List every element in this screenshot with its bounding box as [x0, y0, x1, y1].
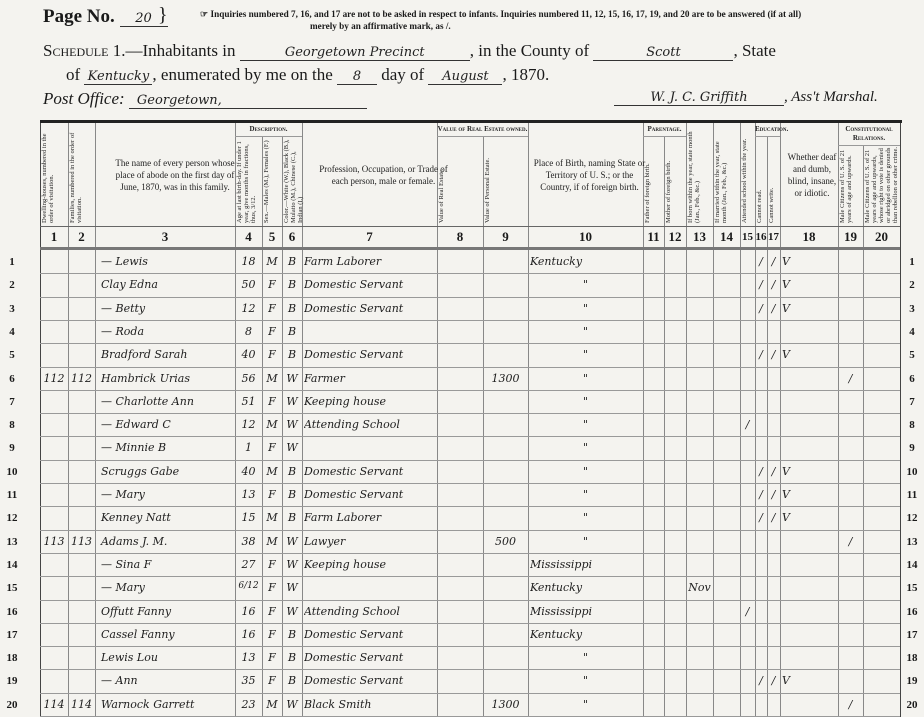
person-name: Scruggs Gabe: [97, 465, 237, 478]
dwelling-number: 113: [42, 535, 66, 548]
column-number: 15: [740, 228, 755, 246]
occupation: Domestic Servant: [304, 302, 435, 315]
line-number-left: 5: [2, 349, 22, 361]
line-number-right: 19: [902, 675, 922, 687]
male-citizen-mark: /: [840, 535, 861, 548]
line-number-left: 8: [2, 419, 22, 431]
person-name: — Minnie B: [97, 441, 237, 454]
column-number: 6: [282, 228, 302, 246]
cannot-read-mark: /: [757, 465, 765, 478]
birthplace: ": [530, 674, 641, 687]
occupation: Domestic Servant: [304, 488, 435, 501]
color: B: [284, 511, 300, 524]
birthplace: ": [530, 372, 641, 385]
sex: F: [264, 395, 280, 408]
personal-estate-value: 1300: [485, 698, 526, 711]
column-header-c3: The name of every person whose place of …: [96, 126, 254, 223]
age: 40: [237, 348, 260, 361]
row-rule: [40, 553, 900, 554]
person-name: — Ann: [97, 674, 237, 687]
color: W: [284, 441, 300, 454]
row-rule: [40, 390, 900, 391]
line-number-right: 20: [902, 699, 922, 711]
state-field: Kentucky: [84, 69, 152, 85]
cannot-write-mark: /: [769, 465, 778, 478]
column-header-c15: Attended school within the year.: [741, 126, 754, 223]
occupation: Domestic Servant: [304, 348, 435, 361]
occupation: Black Smith: [304, 698, 435, 711]
dwelling-number: 112: [42, 372, 66, 385]
line-number-right: 18: [902, 652, 922, 664]
cannot-write-mark: /: [769, 488, 778, 501]
group-header-real_estate: Value of Real Estate owned.: [437, 125, 528, 137]
cannot-write-mark: /: [769, 511, 778, 524]
occupation: Domestic Servant: [304, 278, 435, 291]
row-rule: [40, 669, 900, 670]
cannot-write-mark: /: [769, 278, 778, 291]
age: 35: [237, 674, 260, 687]
line-number-right: 6: [902, 373, 922, 385]
color: B: [284, 302, 300, 315]
cannot-write-mark: /: [769, 348, 778, 361]
sex: M: [264, 418, 280, 431]
color: W: [284, 535, 300, 548]
header-rule: [40, 226, 900, 227]
person-name: — Sina F: [97, 558, 237, 571]
line-number-right: 3: [902, 303, 922, 315]
sex: F: [264, 674, 280, 687]
occupation: Domestic Servant: [304, 651, 435, 664]
color: W: [284, 372, 300, 385]
column-number: 13: [686, 228, 713, 246]
column-header-c4: Age at last birth-day. If under 1 year, …: [236, 138, 261, 223]
family-number: 114: [70, 698, 93, 711]
column-header-c12: Mother of foreign birth.: [665, 138, 685, 223]
birthplace: ": [530, 441, 641, 454]
line-number-left: 17: [2, 629, 22, 641]
row-rule: [40, 600, 900, 601]
line-number-left: 14: [2, 559, 22, 571]
precinct-field: Georgetown Precinct: [240, 45, 470, 61]
age: 6/12: [237, 581, 260, 591]
cannot-read-mark: /: [757, 511, 765, 524]
birthplace: ": [530, 651, 641, 664]
age: 51: [237, 395, 260, 408]
sex: F: [264, 348, 280, 361]
occupation: Attending School: [304, 418, 435, 431]
occupation: Farmer: [304, 372, 435, 385]
sex: M: [264, 511, 280, 524]
table-top-rule: [40, 120, 902, 123]
person-name: — Edward C: [97, 418, 237, 431]
column-number: 14: [713, 228, 740, 246]
line-number-left: 2: [2, 279, 22, 291]
sex: F: [264, 581, 280, 594]
column-number: 8: [437, 228, 483, 246]
line-number-left: 20: [2, 699, 22, 711]
sex: M: [264, 465, 280, 478]
line-number-right: 7: [902, 396, 922, 408]
post-office-field: Georgetown,: [129, 93, 367, 109]
line-number-right: 9: [902, 442, 922, 454]
sex: F: [264, 651, 280, 664]
age: 16: [237, 628, 260, 641]
group-header-description: Description.: [235, 125, 302, 135]
personal-estate-value: 1300: [485, 372, 526, 385]
birthplace: Mississippi: [530, 605, 641, 618]
row-rule: [40, 436, 900, 437]
age: 15: [237, 511, 260, 524]
cannot-write-mark: /: [769, 255, 778, 268]
deaf-blind-mark: V: [782, 278, 836, 291]
column-number: 5: [262, 228, 282, 246]
occupation: Farm Laborer: [304, 511, 435, 524]
deaf-blind-mark: V: [782, 511, 836, 524]
person-name: Clay Edna: [97, 278, 237, 291]
person-name: Cassel Fanny: [97, 628, 237, 641]
male-citizen-mark: /: [840, 698, 861, 711]
person-name: Offutt Fanny: [97, 605, 237, 618]
deaf-blind-mark: V: [782, 488, 836, 501]
schedule-line: Schedule 1.—Inhabitants in Georgetown Pr…: [43, 41, 776, 61]
color: W: [284, 581, 300, 594]
column-header-c13: If born within the year, state month (Ja…: [687, 126, 712, 223]
brace-glyph: }: [158, 4, 168, 27]
column-number: 4: [235, 228, 262, 246]
column-header-c16: Cannot read.: [756, 138, 766, 223]
line-number-left: 7: [2, 396, 22, 408]
color: B: [284, 651, 300, 664]
line-number-right: 15: [902, 582, 922, 594]
occupation: Lawyer: [304, 535, 435, 548]
column-number: 17: [767, 228, 780, 246]
line-number-left: 16: [2, 606, 22, 618]
age: 27: [237, 558, 260, 571]
sex: F: [264, 605, 280, 618]
person-name: — Betty: [97, 302, 237, 315]
column-header-c17: Cannot write.: [768, 138, 779, 223]
column-header-c5: Sex.—Males (M.), Females (F.): [263, 138, 281, 223]
birthplace: ": [530, 348, 641, 361]
column-header-c9: Value of Personal Estate.: [484, 138, 527, 223]
line-number-right: 4: [902, 326, 922, 338]
column-number: 2: [68, 228, 95, 246]
sex: F: [264, 488, 280, 501]
line-number-left: 13: [2, 536, 22, 548]
occupation: Attending School: [304, 605, 435, 618]
cannot-read-mark: /: [757, 278, 765, 291]
line-number-right: 12: [902, 512, 922, 524]
line-number-left: 1: [2, 256, 22, 268]
age: 1: [237, 441, 260, 454]
line-number-left: 19: [2, 675, 22, 687]
color: W: [284, 418, 300, 431]
constitutional-group-rule: [838, 145, 900, 146]
person-name: — Roda: [97, 325, 237, 338]
cannot-read-mark: /: [757, 674, 765, 687]
birthplace: ": [530, 278, 641, 291]
color: B: [284, 674, 300, 687]
column-number: 18: [780, 228, 838, 246]
person-name: — Lewis: [97, 255, 237, 268]
attended-school-mark: /: [742, 605, 753, 618]
line-number-right: 1: [902, 256, 922, 268]
line-number-left: 18: [2, 652, 22, 664]
attended-school-mark: /: [742, 418, 753, 431]
age: 40: [237, 465, 260, 478]
line-number-left: 10: [2, 466, 22, 478]
person-name: — Mary: [97, 488, 237, 501]
row-rule: [40, 693, 900, 694]
group-header-parentage: Parentage.: [643, 125, 686, 135]
birthplace: ": [530, 698, 641, 711]
deaf-blind-mark: V: [782, 465, 836, 478]
dwelling-number: 114: [42, 698, 66, 711]
row-rule: [40, 297, 900, 298]
birthplace: Kentucky: [530, 255, 641, 268]
line-number-right: 11: [902, 489, 922, 501]
column-rule: [900, 123, 901, 717]
column-number: 16: [755, 228, 767, 246]
line-number-right: 2: [902, 279, 922, 291]
color: B: [284, 465, 300, 478]
column-number: 1: [40, 228, 68, 246]
sex: M: [264, 372, 280, 385]
enumeration-line: of Kentucky, enumerated by me on the 8 d…: [66, 65, 549, 85]
age: 13: [237, 651, 260, 664]
column-number: 10: [528, 228, 643, 246]
family-number: 113: [70, 535, 93, 548]
sex: F: [264, 441, 280, 454]
cannot-read-mark: /: [757, 488, 765, 501]
age: 13: [237, 488, 260, 501]
birthplace: ": [530, 302, 641, 315]
row-rule: [40, 506, 900, 507]
age: 56: [237, 372, 260, 385]
row-rule: [40, 576, 900, 577]
line-number-left: 3: [2, 303, 22, 315]
color: B: [284, 278, 300, 291]
column-number: 3: [95, 228, 235, 246]
age: 16: [237, 605, 260, 618]
row-rule: [40, 413, 900, 414]
age: 8: [237, 325, 260, 338]
occupation: Keeping house: [304, 558, 435, 571]
row-rule: [40, 646, 900, 647]
color: W: [284, 698, 300, 711]
line-number-right: 5: [902, 349, 922, 361]
column-header-c1: Dwelling-houses, numbered in the order o…: [41, 126, 67, 223]
line-number-right: 10: [902, 466, 922, 478]
column-header-c11: Father of foreign birth.: [644, 138, 663, 223]
line-number-left: 11: [2, 489, 22, 501]
color: W: [284, 395, 300, 408]
cannot-read-mark: /: [757, 302, 765, 315]
occupation: Keeping house: [304, 395, 435, 408]
age: 23: [237, 698, 260, 711]
line-number-right: 8: [902, 419, 922, 431]
occupation: Domestic Servant: [304, 674, 435, 687]
sex: M: [264, 255, 280, 268]
marshal-signature: W. J. C. Griffith: [614, 90, 784, 106]
cannot-read-mark: /: [757, 348, 765, 361]
group-header-education: Education.: [755, 125, 780, 137]
column-number: 12: [664, 228, 686, 246]
occupation: Farm Laborer: [304, 255, 435, 268]
row-rule: [40, 623, 900, 624]
column-header-c19: Male Citizens of U. S. of 21 years of ag…: [839, 147, 862, 223]
line-number-left: 15: [2, 582, 22, 594]
deaf-blind-mark: V: [782, 302, 836, 315]
cannot-write-mark: /: [769, 302, 778, 315]
column-number: 7: [302, 228, 437, 246]
occupation: Domestic Servant: [304, 628, 435, 641]
column-header-c20: Male Citizens of U. S. of 21 years of ag…: [864, 147, 899, 223]
color: B: [284, 325, 300, 338]
line-number-right: 17: [902, 629, 922, 641]
birthplace: Mississippi: [530, 558, 641, 571]
column-header-c8: Value of Real Estate.: [438, 138, 482, 223]
column-header-c10: Place of Birth, naming State or Territor…: [529, 126, 650, 223]
color: W: [284, 558, 300, 571]
column-header-c18: Whether deaf and dumb, blind, insane, or…: [781, 126, 843, 223]
birthplace: ": [530, 395, 641, 408]
line-number-right: 13: [902, 536, 922, 548]
birthplace: ": [530, 418, 641, 431]
line-number-left: 4: [2, 326, 22, 338]
marshal-line: W. J. C. Griffith, Ass't Marshal.: [614, 89, 878, 106]
sex: F: [264, 278, 280, 291]
row-rule: [40, 273, 900, 274]
person-name: Kenney Natt: [97, 511, 237, 524]
line-number-left: 9: [2, 442, 22, 454]
birthplace: ": [530, 465, 641, 478]
instructions-notice: ☞ Inquiries numbered 7, 16, and 17 are n…: [200, 8, 920, 32]
cannot-write-mark: /: [769, 674, 778, 687]
color: B: [284, 255, 300, 268]
column-header-c6: Color.—White (W.), Black (B.), Mulatto (…: [283, 138, 301, 223]
column-number: 11: [643, 228, 664, 246]
person-name: Adams J. M.: [97, 535, 237, 548]
sex: M: [264, 698, 280, 711]
sex: F: [264, 628, 280, 641]
person-name: Hambrick Urias: [97, 372, 237, 385]
row-rule: [40, 320, 900, 321]
row-rule: [40, 343, 900, 344]
post-office-line: Post Office: Georgetown,: [43, 89, 367, 109]
group-header-constitutional: Constitutional Relations.: [838, 125, 900, 143]
county-field: Scott: [593, 45, 733, 61]
row-rule: [40, 367, 900, 368]
color: B: [284, 628, 300, 641]
age: 12: [237, 418, 260, 431]
page-number: Page No. 20: [43, 6, 168, 28]
cannot-read-mark: /: [757, 255, 765, 268]
age: 38: [237, 535, 260, 548]
line-number-right: 14: [902, 559, 922, 571]
occupation: Domestic Servant: [304, 465, 435, 478]
age: 50: [237, 278, 260, 291]
row-rule: [40, 460, 900, 461]
age: 18: [237, 255, 260, 268]
born-within-year: Nov: [688, 581, 711, 594]
birthplace: ": [530, 488, 641, 501]
column-header-c14: If married within the year, state month …: [714, 126, 739, 223]
row-rule: [40, 530, 900, 531]
sex: M: [264, 535, 280, 548]
person-name: Lewis Lou: [97, 651, 237, 664]
day-field: 8: [337, 69, 377, 85]
column-header-c2: Families, numbered in the order of visit…: [69, 126, 94, 223]
age: 12: [237, 302, 260, 315]
column-number: 19: [838, 228, 863, 246]
birthplace: ": [530, 535, 641, 548]
sex: F: [264, 558, 280, 571]
color: B: [284, 488, 300, 501]
person-name: Warnock Garrett: [97, 698, 237, 711]
person-name: — Charlotte Ann: [97, 395, 237, 408]
color: W: [284, 605, 300, 618]
birthplace: Kentucky: [530, 581, 641, 594]
numbers-rule: [40, 247, 900, 250]
birthplace: ": [530, 511, 641, 524]
birthplace: ": [530, 325, 641, 338]
deaf-blind-mark: V: [782, 348, 836, 361]
column-number: 9: [483, 228, 528, 246]
column-number: 20: [863, 228, 900, 246]
family-number: 112: [70, 372, 93, 385]
person-name: Bradford Sarah: [97, 348, 237, 361]
row-rule: [40, 483, 900, 484]
sex: F: [264, 302, 280, 315]
color: B: [284, 348, 300, 361]
line-number-right: 16: [902, 606, 922, 618]
line-number-left: 6: [2, 373, 22, 385]
deaf-blind-mark: V: [782, 255, 836, 268]
line-number-left: 12: [2, 512, 22, 524]
personal-estate-value: 500: [485, 535, 526, 548]
deaf-blind-mark: V: [782, 674, 836, 687]
person-name: — Mary: [97, 581, 237, 594]
birthplace: Kentucky: [530, 628, 641, 641]
month-field: August: [428, 69, 502, 85]
sex: F: [264, 325, 280, 338]
male-citizen-mark: /: [840, 372, 861, 385]
